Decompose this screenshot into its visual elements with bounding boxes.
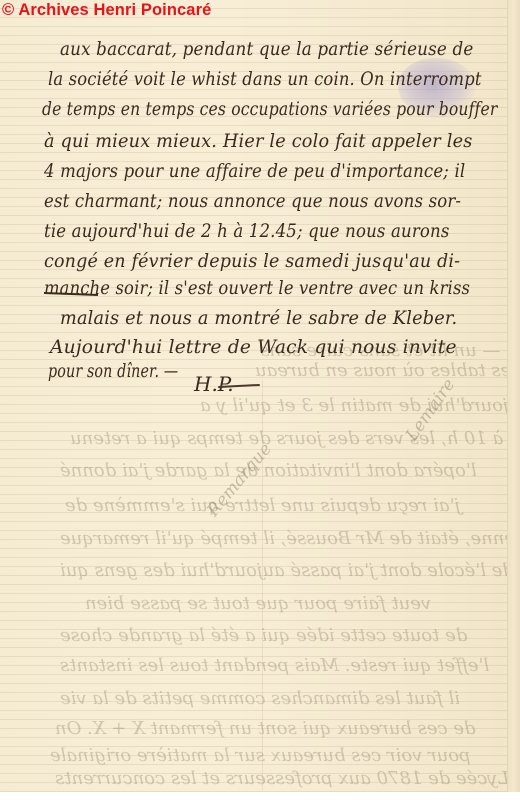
scan-border: [0, 792, 520, 800]
copyright-watermark: © Archives Henri Poincaré: [2, 1, 211, 20]
handwritten-line: la société voit le whist dans un coin. O…: [48, 68, 482, 90]
handwritten-line: à qui mieux mieux. Hier le colo fait app…: [44, 130, 472, 152]
handwritten-line: manche soir; il s'est ouvert le ventre a…: [44, 277, 470, 299]
handwritten-line: pour son dîner. —: [48, 360, 178, 382]
handwritten-line: 4 majors pour une affaire de peu d'impor…: [44, 160, 465, 182]
handwritten-line: de temps en temps ces occupations variée…: [42, 98, 497, 120]
handwritten-line: Aujourd'hui lettre de Wack qui nous invi…: [50, 336, 457, 358]
handwritten-line: malais et nous a montré le sabre de Kleb…: [60, 307, 457, 329]
manuscript-page: grès — un lit et sans cuire sans les plu…: [0, 0, 520, 792]
handwritten-letter: aux baccarat, pendant que la partie séri…: [0, 0, 520, 800]
handwritten-line: congé en février depuis le samedi jusqu'…: [44, 250, 460, 272]
handwritten-line: aux baccarat, pendant que la partie séri…: [60, 38, 473, 60]
signature: H.P.: [194, 372, 234, 396]
page-edge: [507, 0, 520, 792]
handwritten-line: tie aujourd'hui de 2 h à 12.45; que nous…: [44, 220, 450, 242]
handwritten-line: est charmant; nous annonce que nous avon…: [44, 190, 461, 212]
paper-fold: [262, 380, 263, 790]
